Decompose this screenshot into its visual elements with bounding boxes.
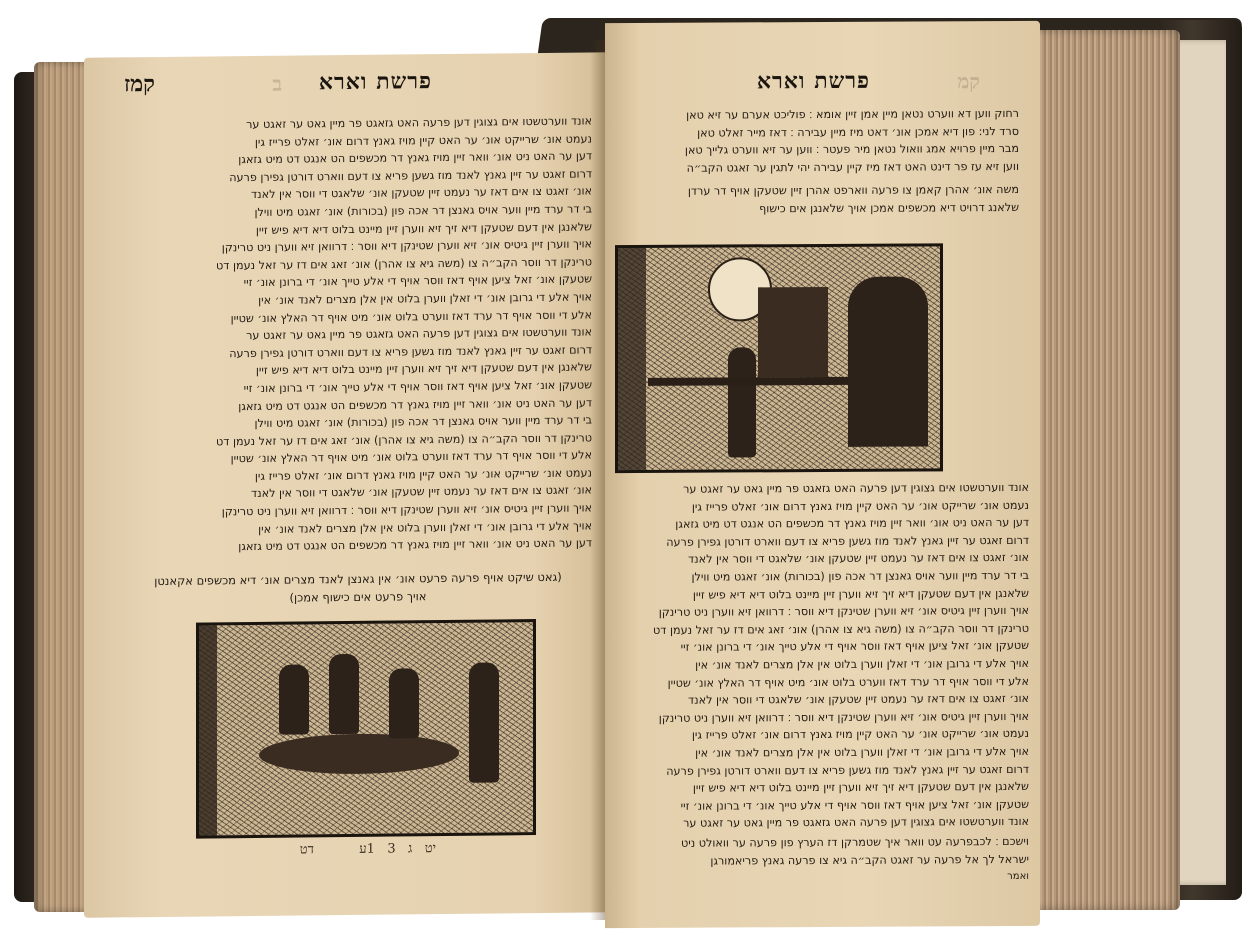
text-line: אונד ווערטשטו אים גצוגין דען פרעה האט גז… (611, 479, 1029, 499)
text-line: שלאנגן אין דעם שטעקן דיא זיך זיא ווערן ז… (611, 584, 1029, 604)
left-folio-number: קמז (124, 71, 155, 97)
text-line: אויך אלע די גרובן אונ׳ די זאלן ווערן בלו… (611, 743, 1029, 763)
text-line: דרום זאגט ער זיין גאנץ לאנד מוז גשען פרי… (611, 532, 1029, 552)
text-line: שטעקן אונ׳ זאל ציען אויף דאז ווסר אויף ד… (611, 796, 1029, 816)
right-page: פרשת וארא קמ רחוק ווען דא ווערט נטאן מיי… (605, 21, 1040, 928)
left-page: פרשת וארא ב קמז אונד ווערטשטו אים גצוגין… (84, 52, 612, 918)
text-line: נעמט אונ׳ שרייקט אונ׳ ער האט קיין מויז ג… (611, 725, 1029, 745)
text-line: בי דר ערד מיין ווער אויס גאנצן דר אכה פו… (611, 567, 1029, 587)
text-line: אויך ווערן זיין גיטיס אונ׳ זיא ווערן שטי… (611, 602, 1029, 622)
text-line: אונ׳ זאגט צו אים דאז ער נעמט זיין שטעקן … (611, 549, 1029, 569)
text-line: שלאנג דרויט דיא מכשפים אמכן אויך שלאנגן … (611, 199, 1019, 219)
text-line: אלע די ווסר אויף דר ערד דאז ווערט בלוט א… (611, 672, 1029, 692)
text-line: סרד לני: פון דיא אמכן אונ׳ דאט מיז מיין … (611, 123, 1019, 143)
text-line: אויך ווערן זיין גיטיס אונ׳ זיא ווערן שטי… (611, 708, 1029, 728)
show-through-text: ב (272, 72, 282, 97)
text-line: וישכם ׃ לכבפרעה עט וואר איך שטמרקן דז הע… (611, 833, 1029, 853)
signature-marks: יט ג 3 1ע דט (196, 840, 436, 859)
text-line: דען ער האט ניט אונ׳ וואר זיין מויז גאנץ … (124, 535, 592, 557)
text-line: ווען זיא עז פר דינט האט דאז מיז קיין עבי… (611, 158, 1019, 178)
text-line: רחוק ווען דא ווערט נטאן מיין אמן זיין או… (611, 105, 1019, 125)
text-line: טרינקן דר ווסר הקב״ה צו (משה גיא צו אהרן… (611, 620, 1029, 640)
show-through-text: קמ (957, 69, 980, 94)
right-body-text: אונד ווערטשטו אים גצוגין דען פרעה האט גז… (611, 479, 1029, 831)
text-line: מבר מיין פרויא אמג וואול נטאן מיר פעטר ׃… (611, 140, 1019, 160)
left-illustration-caption: (גאט שיקט אויף פרעה פרעט אונ׳ אין גאנצן … (124, 567, 592, 608)
moses-before-pharaoh-woodcut (615, 243, 943, 473)
catchword: ואמר (611, 868, 1029, 888)
text-line: אויך אלע די גרובן אונ׳ די זאלן ווערן בלו… (611, 655, 1029, 675)
page-edges-right (1030, 30, 1180, 910)
banquet-woodcut (196, 619, 536, 839)
text-line: דרום זאגט ער זיין גאנץ לאנד מוז גשען פרי… (611, 760, 1029, 780)
table-shape (259, 733, 459, 775)
text-line: שלאנגן אין דעם שטעקן דיא זיך זיא ווערן ז… (611, 778, 1029, 798)
text-line: משה אונ׳ אהרן קאמן צו פרעה ווארפט אהרן ז… (611, 181, 1019, 201)
text-line: אונד ווערטשטו אים גצוגין דען פרעה האט גז… (611, 813, 1029, 831)
text-line: נעמט אונ׳ שרייקט אונ׳ ער האט קיין מויז ג… (611, 497, 1029, 517)
text-line: ישראל לך אל פרעה ער זאגט הקב״ה גיא צו פר… (611, 851, 1029, 871)
text-line: דען ער האט ניט אונ׳ וואר זיין מויז גאנץ … (611, 514, 1029, 534)
right-running-head: פרשת וארא (757, 68, 870, 95)
right-opening-text: רחוק ווען דא ווערט נטאן מיין אמן זיין או… (611, 105, 1019, 219)
left-body-text: אונד ווערטשטו אים גצוגין דען פרעה האט גז… (124, 112, 592, 562)
text-line: אונ׳ זאגט צו אים דאז ער נעמט זיין שטעקן … (611, 690, 1029, 710)
left-running-head: פרשת וארא (319, 68, 432, 95)
text-line: שטעקן אונ׳ זאל ציען אויף דאז ווסר אויף ד… (611, 637, 1029, 657)
right-closing-text: וישכם ׃ לכבפרעה עט וואר איך שטמרקן דז הע… (611, 833, 1029, 888)
